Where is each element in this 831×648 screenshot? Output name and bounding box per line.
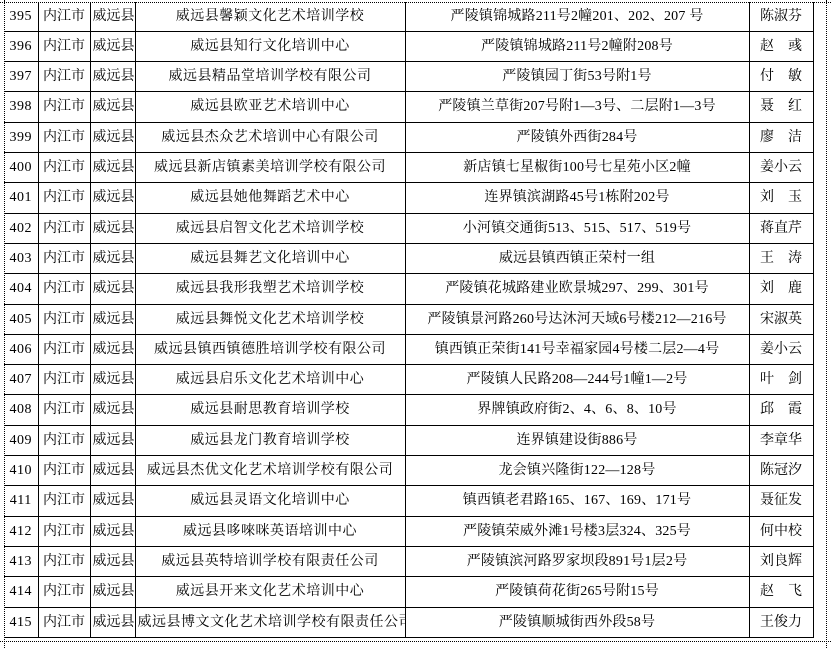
- cell-contact: 刘良辉: [749, 546, 813, 576]
- cell-city: 内江市: [38, 153, 90, 183]
- cell-address: 严陵镇人民路208—244号1幢1—2号: [405, 365, 749, 395]
- cell-county: 威远县: [90, 274, 135, 304]
- cell-seq: 408: [4, 395, 38, 425]
- cell-contact: 赵 飞: [749, 577, 813, 607]
- cell-seq: 412: [4, 516, 38, 546]
- cell-contact: 廖 洁: [749, 122, 813, 152]
- cell-seq: 400: [4, 153, 38, 183]
- cell-county: 威远县: [90, 456, 135, 486]
- cell-name: 威远县灵语文化培训中心: [135, 486, 405, 516]
- cell-address: 严陵镇滨河路罗家坝段891号1层2号: [405, 546, 749, 576]
- cell-city: 内江市: [38, 577, 90, 607]
- cell-address: 严陵镇荷花街265号附15号: [405, 577, 749, 607]
- cell-city: 内江市: [38, 304, 90, 334]
- cell-county: 威远县: [90, 577, 135, 607]
- table-row: 412内江市威远县威远县哆唻咪英语培训中心严陵镇荣威外滩1号楼3层324、325…: [4, 516, 813, 546]
- table-row: 396内江市威远县威远县知行文化培训中心严陵镇锦城路211号2幢附208号赵 彧: [4, 31, 813, 61]
- cell-contact: 聂征发: [749, 486, 813, 516]
- cell-city: 内江市: [38, 183, 90, 213]
- table-row: 415内江市威远县威远县博文文化艺术培训学校有限责任公司严陵镇顺城街西外段58号…: [4, 607, 813, 637]
- cell-contact: 王俊力: [749, 607, 813, 637]
- cell-name: 威远县镇西镇德胜培训学校有限公司: [135, 334, 405, 364]
- table-row: 404内江市威远县威远县我形我塑艺术培训学校严陵镇花城路建业欧景城297、299…: [4, 274, 813, 304]
- cell-seq: 410: [4, 456, 38, 486]
- cell-seq: 395: [4, 2, 38, 31]
- cell-name: 威远县开来文化艺术培训中心: [135, 577, 405, 607]
- cell-seq: 398: [4, 92, 38, 122]
- cell-seq: 411: [4, 486, 38, 516]
- cell-name: 威远县馨颖文化艺术培训学校: [135, 2, 405, 31]
- table-row: 407内江市威远县威远县启乐文化艺术培训中心严陵镇人民路208—244号1幢1—…: [4, 365, 813, 395]
- table-row: 402内江市威远县威远县启智文化艺术培训学校小河镇交通街513、515、517、…: [4, 213, 813, 243]
- table-row: 408内江市威远县威远县耐思教育培训学校界牌镇政府街2、4、6、8、10号邱 霞: [4, 395, 813, 425]
- cell-contact: 刘 玉: [749, 183, 813, 213]
- cell-name: 威远县杰优文化艺术培训学校有限公司: [135, 456, 405, 486]
- cell-county: 威远县: [90, 183, 135, 213]
- cell-county: 威远县: [90, 425, 135, 455]
- cell-address: 新店镇七星椒街100号七星苑小区2幢: [405, 153, 749, 183]
- cell-contact: 李章华: [749, 425, 813, 455]
- cell-address: 严陵镇景河路260号达沐河天域6号楼212—216号: [405, 304, 749, 334]
- cell-seq: 401: [4, 183, 38, 213]
- table-row: 395内江市威远县威远县馨颖文化艺术培训学校严陵镇锦城路211号2幢201、20…: [4, 2, 813, 31]
- cell-name: 威远县哆唻咪英语培训中心: [135, 516, 405, 546]
- cell-contact: 宋淑英: [749, 304, 813, 334]
- cell-name: 威远县我形我塑艺术培训学校: [135, 274, 405, 304]
- cell-name: 威远县知行文化培训中心: [135, 31, 405, 61]
- table-row: 411内江市威远县威远县灵语文化培训中心镇西镇老君路165、167、169、17…: [4, 486, 813, 516]
- cell-city: 内江市: [38, 2, 90, 31]
- table-row: 413内江市威远县威远县英特培训学校有限责任公司严陵镇滨河路罗家坝段891号1层…: [4, 546, 813, 576]
- cell-address: 龙会镇兴隆街122—128号: [405, 456, 749, 486]
- cell-contact: 聂 红: [749, 92, 813, 122]
- cell-city: 内江市: [38, 213, 90, 243]
- cell-county: 威远县: [90, 153, 135, 183]
- cell-city: 内江市: [38, 31, 90, 61]
- cell-address: 严陵镇兰草街207号附1—3号、二层附1—3号: [405, 92, 749, 122]
- cell-name: 威远县舞艺文化培训中心: [135, 243, 405, 273]
- cell-name: 威远县新店镇素美培训学校有限公司: [135, 153, 405, 183]
- cell-city: 内江市: [38, 122, 90, 152]
- cell-county: 威远县: [90, 607, 135, 637]
- cell-address: 镇西镇老君路165、167、169、171号: [405, 486, 749, 516]
- cell-name: 威远县精品堂培训学校有限公司: [135, 62, 405, 92]
- cell-contact: 陈冠汐: [749, 456, 813, 486]
- cell-address: 界牌镇政府街2、4、6、8、10号: [405, 395, 749, 425]
- cell-address: 威远县镇西镇正荣村一组: [405, 243, 749, 273]
- cell-name: 威远县她他舞蹈艺术中心: [135, 183, 405, 213]
- cell-city: 内江市: [38, 92, 90, 122]
- cell-seq: 409: [4, 425, 38, 455]
- cell-county: 威远县: [90, 122, 135, 152]
- cell-seq: 413: [4, 546, 38, 576]
- cell-city: 内江市: [38, 516, 90, 546]
- cell-contact: 姜小云: [749, 334, 813, 364]
- cell-name: 威远县英特培训学校有限责任公司: [135, 546, 405, 576]
- cell-contact: 邱 霞: [749, 395, 813, 425]
- cell-city: 内江市: [38, 243, 90, 273]
- cell-address: 严陵镇锦城路211号2幢201、202、207 号: [405, 2, 749, 31]
- cell-seq: 414: [4, 577, 38, 607]
- cell-address: 镇西镇正荣街141号幸福家园4号楼二层2—4号: [405, 334, 749, 364]
- cell-name: 威远县舞悦文化艺术培训学校: [135, 304, 405, 334]
- table-row: 409内江市威远县威远县龙门教育培训学校连界镇建设街886号李章华: [4, 425, 813, 455]
- cell-address: 连界镇建设街886号: [405, 425, 749, 455]
- cell-contact: 叶 剑: [749, 365, 813, 395]
- cell-county: 威远县: [90, 334, 135, 364]
- cell-address: 严陵镇园丁街53号附1号: [405, 62, 749, 92]
- cell-county: 威远县: [90, 213, 135, 243]
- table-row: 405内江市威远县威远县舞悦文化艺术培训学校严陵镇景河路260号达沐河天域6号楼…: [4, 304, 813, 334]
- cell-county: 威远县: [90, 62, 135, 92]
- cell-name: 威远县耐思教育培训学校: [135, 395, 405, 425]
- cell-seq: 415: [4, 607, 38, 637]
- table-row: 403内江市威远县威远县舞艺文化培训中心威远县镇西镇正荣村一组王 涛: [4, 243, 813, 273]
- cell-contact: 赵 彧: [749, 31, 813, 61]
- registry-table: 395内江市威远县威远县馨颖文化艺术培训学校严陵镇锦城路211号2幢201、20…: [4, 2, 814, 638]
- cell-name: 威远县博文文化艺术培训学校有限责任公司: [135, 607, 405, 637]
- cell-contact: 王 涛: [749, 243, 813, 273]
- cell-city: 内江市: [38, 486, 90, 516]
- cell-seq: 396: [4, 31, 38, 61]
- cell-seq: 405: [4, 304, 38, 334]
- cell-county: 威远县: [90, 516, 135, 546]
- cell-name: 威远县龙门教育培训学校: [135, 425, 405, 455]
- cell-contact: 姜小云: [749, 153, 813, 183]
- cell-city: 内江市: [38, 62, 90, 92]
- page-break-line-bottom: [0, 641, 831, 642]
- cell-city: 内江市: [38, 274, 90, 304]
- table-row: 410内江市威远县威远县杰优文化艺术培训学校有限公司龙会镇兴隆街122—128号…: [4, 456, 813, 486]
- registry-table-body: 395内江市威远县威远县馨颖文化艺术培训学校严陵镇锦城路211号2幢201、20…: [4, 2, 813, 638]
- table-row: 401内江市威远县威远县她他舞蹈艺术中心连界镇滨湖路45号1栋附202号刘 玉: [4, 183, 813, 213]
- cell-contact: 刘 鹿: [749, 274, 813, 304]
- cell-contact: 蒋直芹: [749, 213, 813, 243]
- cell-seq: 397: [4, 62, 38, 92]
- cell-city: 内江市: [38, 425, 90, 455]
- cell-county: 威远县: [90, 395, 135, 425]
- table-row: 397内江市威远县威远县精品堂培训学校有限公司严陵镇园丁街53号附1号付 敏: [4, 62, 813, 92]
- cell-address: 严陵镇顺城街西外段58号: [405, 607, 749, 637]
- cell-city: 内江市: [38, 365, 90, 395]
- cell-contact: 何中校: [749, 516, 813, 546]
- cell-city: 内江市: [38, 395, 90, 425]
- cell-county: 威远县: [90, 31, 135, 61]
- cell-county: 威远县: [90, 546, 135, 576]
- cell-seq: 404: [4, 274, 38, 304]
- cell-city: 内江市: [38, 456, 90, 486]
- cell-address: 严陵镇锦城路211号2幢附208号: [405, 31, 749, 61]
- table-row: 406内江市威远县威远县镇西镇德胜培训学校有限公司镇西镇正荣街141号幸福家园4…: [4, 334, 813, 364]
- cell-name: 威远县欧亚艺术培训中心: [135, 92, 405, 122]
- cell-county: 威远县: [90, 2, 135, 31]
- table-row: 398内江市威远县威远县欧亚艺术培训中心严陵镇兰草街207号附1—3号、二层附1…: [4, 92, 813, 122]
- page-break-line-right: [826, 0, 827, 648]
- cell-name: 威远县启乐文化艺术培训中心: [135, 365, 405, 395]
- table-row: 400内江市威远县威远县新店镇素美培训学校有限公司新店镇七星椒街100号七星苑小…: [4, 153, 813, 183]
- cell-county: 威远县: [90, 92, 135, 122]
- cell-county: 威远县: [90, 243, 135, 273]
- table-row: 414内江市威远县威远县开来文化艺术培训中心严陵镇荷花街265号附15号赵 飞: [4, 577, 813, 607]
- cell-name: 威远县启智文化艺术培训学校: [135, 213, 405, 243]
- cell-address: 严陵镇外西街284号: [405, 122, 749, 152]
- cell-seq: 399: [4, 122, 38, 152]
- cell-address: 连界镇滨湖路45号1栋附202号: [405, 183, 749, 213]
- cell-address: 严陵镇荣威外滩1号楼3层324、325号: [405, 516, 749, 546]
- cell-city: 内江市: [38, 607, 90, 637]
- cell-city: 内江市: [38, 546, 90, 576]
- cell-seq: 403: [4, 243, 38, 273]
- cell-city: 内江市: [38, 334, 90, 364]
- registry-table-container: 395内江市威远县威远县馨颖文化艺术培训学校严陵镇锦城路211号2幢201、20…: [4, 2, 813, 638]
- cell-contact: 陈淑芬: [749, 2, 813, 31]
- table-row: 399内江市威远县威远县杰众艺术培训中心有限公司严陵镇外西街284号廖 洁: [4, 122, 813, 152]
- cell-contact: 付 敏: [749, 62, 813, 92]
- cell-county: 威远县: [90, 486, 135, 516]
- cell-address: 严陵镇花城路建业欧景城297、299、301号: [405, 274, 749, 304]
- cell-name: 威远县杰众艺术培训中心有限公司: [135, 122, 405, 152]
- cell-seq: 407: [4, 365, 38, 395]
- cell-county: 威远县: [90, 365, 135, 395]
- cell-seq: 402: [4, 213, 38, 243]
- cell-address: 小河镇交通街513、515、517、519号: [405, 213, 749, 243]
- cell-county: 威远县: [90, 304, 135, 334]
- cell-seq: 406: [4, 334, 38, 364]
